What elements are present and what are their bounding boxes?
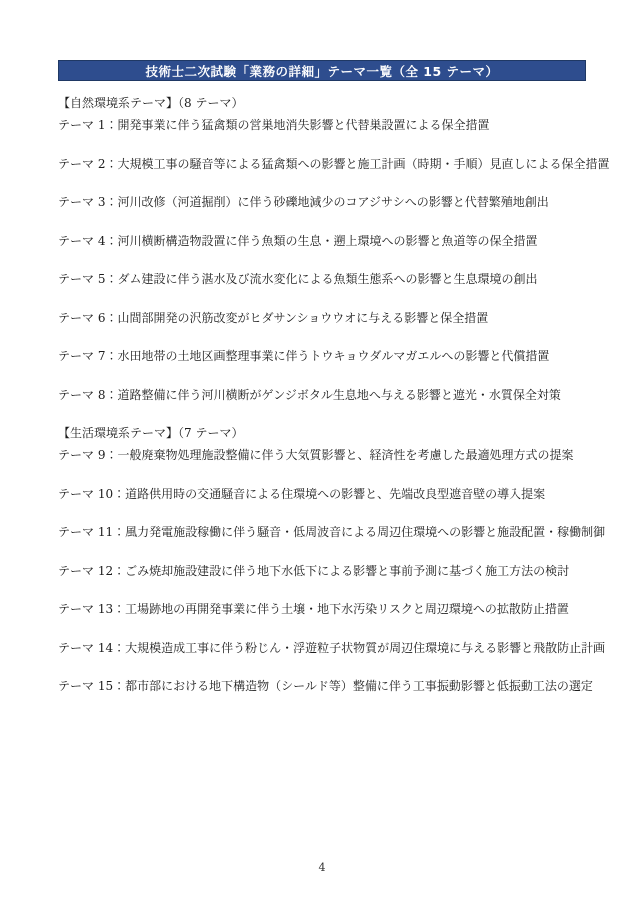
page-footer: 4 [0,856,644,875]
theme-line-1: テーマ 1：開発事業に伴う猛禽類の営巣地消失影響と代替巣設置による保全措置 [58,118,588,132]
theme-line-6: テーマ 6：山間部開発の沢筋改変がヒダサンショウウオに与える影響と保全措置 [58,311,588,325]
title-bar: 技術士二次試験「業務の詳細」テーマ一覧（全 15 テーマ） [58,60,586,81]
theme-line-2: テーマ 2：大規模工事の騒音等による猛禽類への影響と施工計画（時期・手順）見直し… [58,157,588,171]
theme-line-3: テーマ 3：河川改修（河道掘削）に伴う砂礫地減少のコアジサシへの影響と代替繁殖地… [58,195,588,209]
theme-line-10: テーマ 10：道路供用時の交通騒音による住環境への影響と、先端改良型遮音壁の導入… [58,487,588,501]
theme-line-14: テーマ 14：大規模造成工事に伴う粉じん・浮遊粒子状物質が周辺住環境に与える影響… [58,641,588,655]
theme-line-4: テーマ 4：河川横断構造物設置に伴う魚類の生息・遡上環境への影響と魚道等の保全措… [58,234,588,248]
theme-line-12: テーマ 12：ごみ焼却施設建設に伴う地下水低下による影響と事前予測に基づく施工方… [58,564,588,578]
theme-list: 【自然環境系テーマ】（8 テーマ） テーマ 1：開発事業に伴う猛禽類の営巣地消失… [58,96,588,718]
theme-line-5: テーマ 5：ダム建設に伴う湛水及び流水変化による魚類生態系への影響と生息環境の創… [58,272,588,286]
theme-line-8: テーマ 8：道路整備に伴う河川横断がゲンジボタル生息地へ与える影響と遮光・水質保… [58,388,588,402]
theme-line-7: テーマ 7：水田地帯の土地区画整理事業に伴うトウキョウダルマガエルへの影響と代償… [58,349,588,363]
document-title: 技術士二次試験「業務の詳細」テーマ一覧（全 15 テーマ） [145,62,498,80]
section-heading-living-environment: 【生活環境系テーマ】（7 テーマ） [58,426,588,440]
section-heading-natural-environment: 【自然環境系テーマ】（8 テーマ） [58,96,588,110]
page-number: 4 [319,861,326,874]
theme-line-13: テーマ 13：工場跡地の再開発事業に伴う土壌・地下水汚染リスクと周辺環境への拡散… [58,602,588,616]
theme-line-9: テーマ 9：一般廃棄物処理施設整備に伴う大気質影響と、経済性を考慮した最適処理方… [58,448,588,462]
theme-line-11: テーマ 11：風力発電施設稼働に伴う騒音・低周波音による周辺住環境への影響と施設… [58,525,588,539]
document-page: 技術士二次試験「業務の詳細」テーマ一覧（全 15 テーマ） 【自然環境系テーマ】… [0,0,644,911]
theme-line-15: テーマ 15：都市部における地下構造物（シールド等）整備に伴う工事振動影響と低振… [58,679,588,693]
